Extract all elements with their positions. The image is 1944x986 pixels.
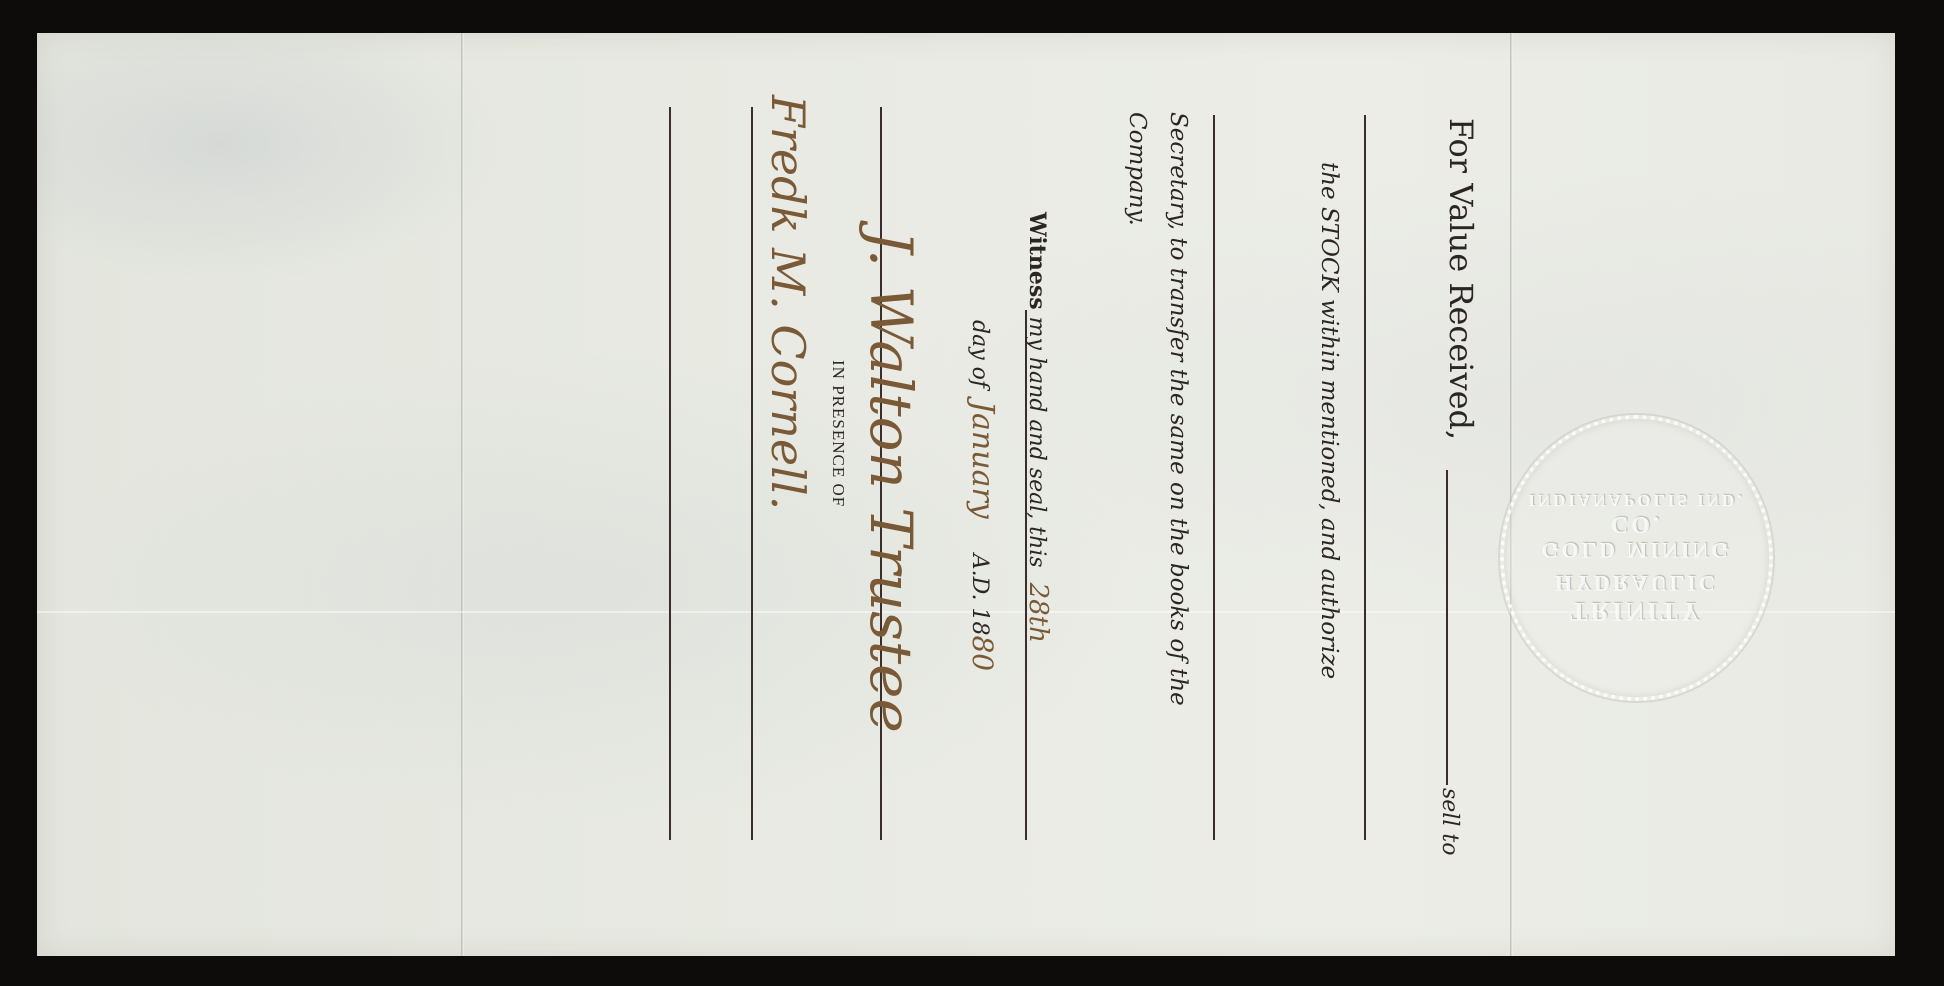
fold-line	[461, 33, 464, 956]
body-line-3: Company.	[1124, 112, 1150, 226]
sell-to-label: sell to	[1437, 788, 1462, 855]
signature: J. Walton Trustee	[857, 230, 925, 733]
seal-line: GOLD MINING	[1541, 537, 1731, 562]
ad-label: A.D. 18	[967, 554, 992, 636]
seal-line: INDIANAPOLIS IND.	[1528, 490, 1744, 510]
seal-text: TRINITY HYDRAULIC GOLD MINING CO. INDIAN…	[1504, 419, 1769, 697]
witness-prefix: Witness	[1024, 212, 1050, 310]
ruled-line	[1364, 115, 1366, 840]
ruled-line	[1213, 115, 1215, 840]
witness-signature: Fredk M. Cornell.	[761, 95, 815, 510]
witness-line: Witness my hand and seal, this 28th	[1023, 212, 1053, 643]
embossed-seal: TRINITY HYDRAULIC GOLD MINING CO. INDIAN…	[1500, 415, 1773, 701]
seal-line: HYDRAULIC	[1555, 571, 1718, 596]
date-line: day of January A.D. 1880	[965, 320, 1000, 671]
ruled-line	[751, 107, 753, 840]
heading: For Value Received,	[1442, 118, 1480, 440]
in-presence-of-label: IN PRESENCE OF	[828, 360, 848, 507]
witness-text: my hand and seal, this	[1024, 317, 1049, 568]
handwritten-day: 28th	[1023, 583, 1053, 643]
ruled-line	[669, 107, 671, 840]
seal-line: CO.	[1611, 510, 1662, 538]
handwritten-year: 80	[966, 635, 999, 671]
day-of-label: day of	[967, 320, 992, 388]
seal-line: TRINITY	[1570, 596, 1702, 626]
blank-line-sell-to	[1446, 470, 1448, 785]
body-line-1: the STOCK within mentioned, and authoriz…	[1316, 162, 1342, 679]
body-line-2: Secretary, to transfer the same on the b…	[1165, 112, 1191, 706]
handwritten-month: January	[965, 401, 1000, 519]
